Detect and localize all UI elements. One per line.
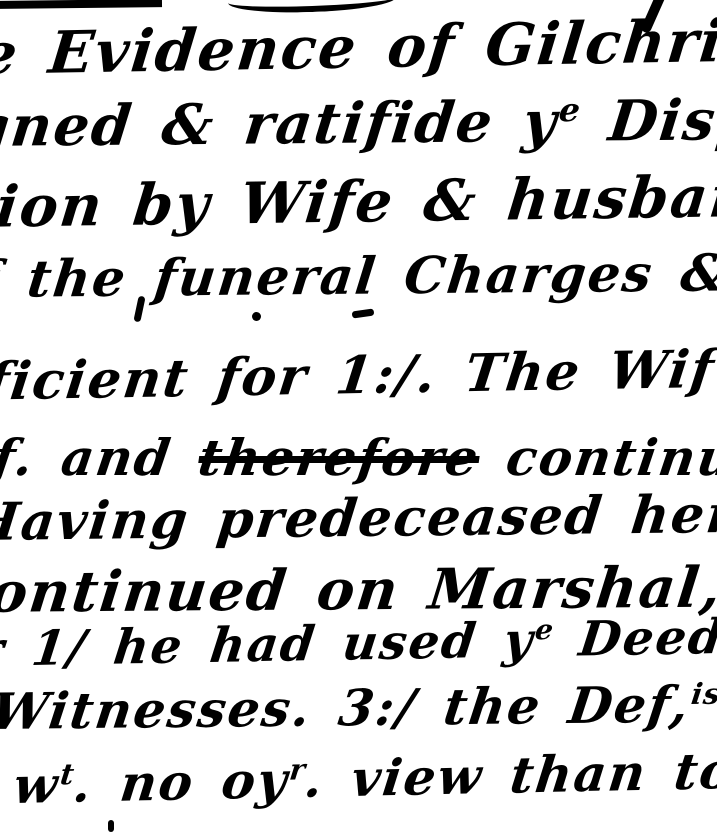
line-10-superscript: is — [689, 677, 717, 711]
manuscript-line-6: of. and therefore continue — [0, 428, 717, 487]
line-10-text: Witnesses. 3:/ the Def, — [0, 675, 694, 741]
manuscript-line-10: Witnesses. 3:/ the Def,is — [0, 674, 717, 741]
line-11-text-mid: . no oy — [70, 750, 292, 813]
manuscript-line-5: fficient for 1:/. The Wif — [0, 339, 717, 413]
line-2-text-after: Disp — [576, 87, 717, 155]
ink-bar-stroke — [0, 0, 162, 9]
manuscript-line-7: Having predeceased her hu — [0, 483, 717, 553]
manuscript-page: e Evidence of Gilchris gned & ratifide y… — [0, 0, 717, 834]
line-6-text-after: continue — [475, 428, 717, 487]
line-6-strikethrough-word: therefore — [195, 428, 484, 487]
ink-speck — [252, 312, 261, 321]
ink-speck — [352, 309, 375, 319]
line-6-text: of. and — [0, 428, 203, 487]
line-11-text-end: . view than to — [301, 741, 717, 809]
manuscript-line-3: tion by Wife & husband — [0, 162, 717, 241]
manuscript-line-11: wt. no oyr. view than to — [10, 741, 717, 815]
line-9-text: r 1/ he had used y — [0, 612, 537, 678]
manuscript-line-1: e Evidence of Gilchris — [0, 6, 717, 88]
manuscript-line-4: f the funeral Charges & in — [0, 243, 717, 310]
ink-speck — [108, 820, 114, 832]
manuscript-line-2: gned & ratifide ye Disp — [0, 87, 717, 160]
line-11-text: w — [10, 755, 62, 815]
line-2-text: gned & ratifide y — [0, 89, 562, 160]
line-9-text-after: Deed . 2 — [549, 607, 717, 668]
